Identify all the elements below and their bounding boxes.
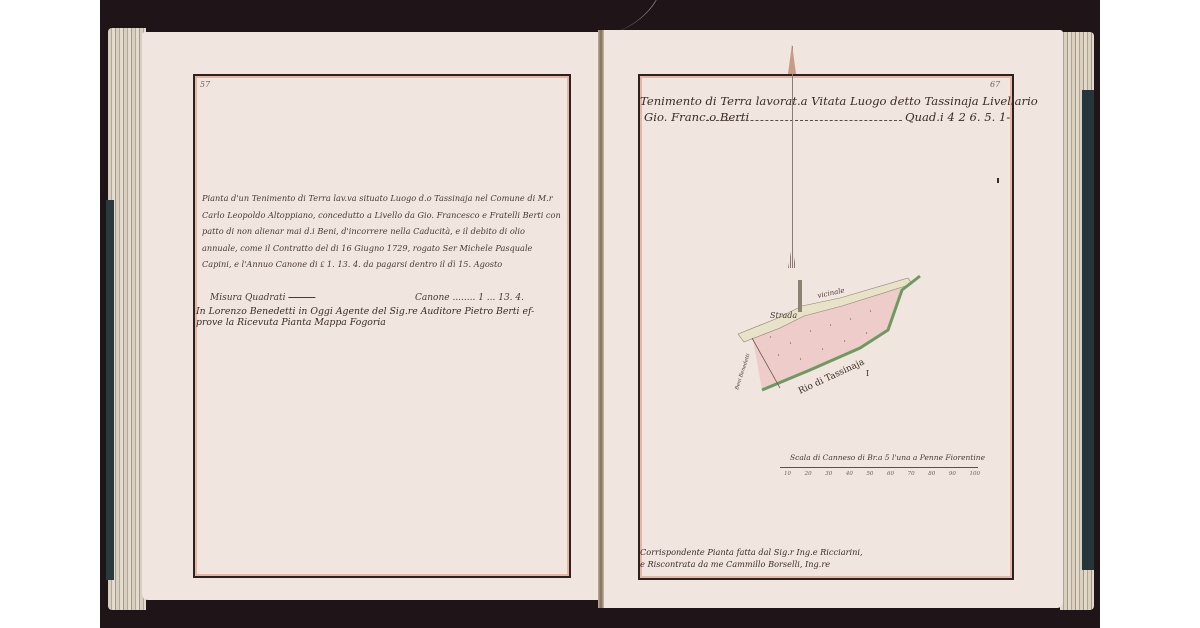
scale-ticks: 10 20 30 40 50 60 70 80 90 100 <box>784 471 980 477</box>
misura-text: Misura Quadrati <box>210 293 286 303</box>
parcel-number: I <box>866 369 869 378</box>
right-cover-edge <box>1082 90 1094 570</box>
note-block: In Lorenzo Benedetti in Oggi Agente del … <box>196 306 534 328</box>
north-arrow-shaft <box>792 46 793 264</box>
footer-attestation: Corrispondente Pianta fatta dal Sig.r In… <box>640 546 863 570</box>
note-line-2: prove la Ricevuta Pianta Mappa Fogoria <box>196 317 534 328</box>
scale-tick-label: 60 <box>887 471 894 477</box>
left-cover-edge <box>106 200 114 580</box>
map-label-left-side: Beni Benedetti <box>734 353 752 392</box>
ink-mark <box>997 178 999 183</box>
book-gutter <box>598 30 604 608</box>
right-page-number: 67 <box>990 80 1000 89</box>
left-page-number: 57 <box>200 80 210 89</box>
canone-label: Canone <box>415 293 450 303</box>
misura-struck: ——— <box>288 293 315 303</box>
scale-tick-label: 40 <box>846 471 853 477</box>
footer-line-1: Corrispondente Pianta fatta dal Sig.r In… <box>640 546 863 558</box>
map-label-strada: Strada <box>770 311 797 320</box>
scale-bar <box>780 467 978 468</box>
north-arrow-icon <box>788 44 796 74</box>
parcel-map: ıııııı ııııı Strada vicinale Rio di Tass… <box>730 272 930 402</box>
canone-value: 1 ... 13. 4. <box>478 293 524 303</box>
plan-description: Pianta d'un Tenimento di Terra lav.va si… <box>202 190 562 273</box>
scale-tick-label: 20 <box>805 471 812 477</box>
scale-title: Scala di Canneso di Br.a 5 l'una a Penne… <box>790 453 985 462</box>
quadrati-value: Quad.i 4 2 6. 5. 1- <box>905 110 1010 124</box>
scale-tick-label: 70 <box>908 471 915 477</box>
quadrati-label: Quad.i <box>905 110 944 124</box>
map-title-line-2: Gio. Franc.o Berti <box>644 110 749 124</box>
scale-tick-label: 50 <box>866 471 873 477</box>
scale-tick-label: 10 <box>784 471 791 477</box>
footer-line-2: e Riscontrata da me Cammillo Borselli, I… <box>640 558 863 570</box>
scale-tick-label: 80 <box>928 471 935 477</box>
canone-line: Canone ........ 1 ... 13. 4. <box>415 293 524 303</box>
scale-tick-label: 100 <box>969 471 980 477</box>
scale-tick-label: 30 <box>825 471 832 477</box>
leader-dashes <box>706 120 902 121</box>
misura-label: Misura Quadrati ——— <box>210 293 315 303</box>
quadrati-number: 4 2 6. 5. 1- <box>947 110 1010 124</box>
map-title-line-1: Tenimento di Terra lavorat.a Vitata Luog… <box>640 94 1038 108</box>
scale-tick-label: 90 <box>949 471 956 477</box>
note-line-1: In Lorenzo Benedetti in Oggi Agente del … <box>196 306 534 317</box>
